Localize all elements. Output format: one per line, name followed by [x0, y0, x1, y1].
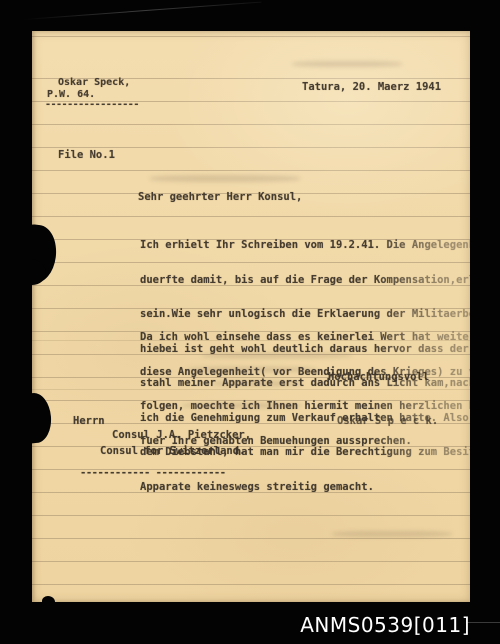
catalog-number: ANMS0539[011] — [300, 613, 470, 637]
body-line: Ich erhielt Ihr Schreiben vom 19.2.41. D… — [140, 240, 470, 252]
bleed-smudge — [202, 353, 352, 358]
bleed-smudge — [292, 61, 402, 67]
bleed-smudge — [332, 531, 452, 537]
body-line: Apparate keineswegs streitig gemacht. — [140, 482, 470, 494]
bleed-smudge — [182, 403, 302, 408]
recipient-underline: ------------ ------------ — [80, 468, 226, 480]
signature: Oskar S p e c k. — [337, 416, 438, 428]
recipient-org: Consul for Switzerland. — [100, 446, 245, 458]
salutation: Sehr geehrter Herr Konsul, — [138, 192, 302, 204]
dateline: Tatura, 20. Maerz 1941 — [302, 82, 441, 94]
body-line: Da ich wohl einsehe dass es keinerlei We… — [140, 332, 470, 344]
sender-underline: ----------------- — [45, 99, 139, 111]
body-line: duerfte damit, bis auf die Frage der Kom… — [140, 275, 470, 287]
file-number: File No.1 — [58, 150, 115, 162]
letter-document: Oskar Speck, P.W. 64. ----------------- … — [32, 31, 470, 602]
damage-notch — [42, 596, 55, 602]
bleed-smudge — [212, 381, 302, 386]
bleed-smudge — [150, 175, 300, 182]
background-scratch — [24, 2, 261, 20]
damage-notch — [32, 392, 53, 445]
sender-name: Oskar Speck, — [58, 77, 130, 89]
photo-background: Oskar Speck, P.W. 64. ----------------- … — [0, 0, 500, 644]
paper-crease — [32, 389, 470, 390]
bleed-smudge — [187, 367, 317, 372]
closing-valediction: Hochachtungsvoll — [328, 372, 429, 384]
background-scratch-small — [466, 622, 500, 623]
recipient-title: Consul J.A. Pietzcker, — [112, 430, 251, 442]
recipient-name: Herrn — [73, 416, 105, 428]
paper-crease — [32, 340, 470, 341]
